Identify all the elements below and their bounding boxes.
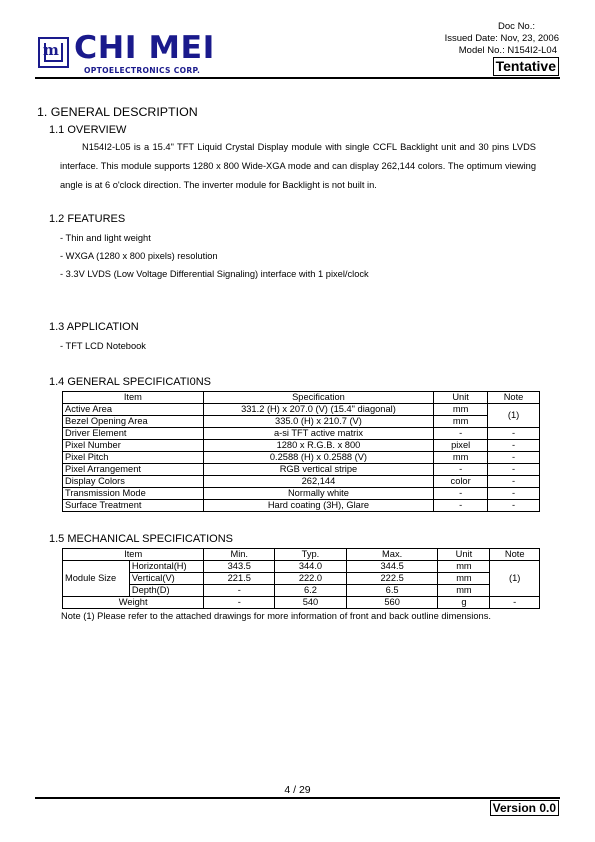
max-cell: 560 (346, 597, 438, 609)
typ-cell: 540 (275, 597, 347, 609)
note-cell: - (488, 488, 540, 500)
item-cell: Pixel Pitch (63, 452, 204, 464)
table-row: Bezel Opening Area 335.0 (H) x 210.7 (V)… (63, 416, 540, 428)
note-cell: - (488, 428, 540, 440)
spec-cell: Hard coating (3H), Glare (203, 500, 433, 512)
general-specs-title: 1.4 GENERAL SPECIFICATI0NS (49, 376, 211, 388)
column-header: Note (488, 392, 540, 404)
feature-item: - WXGA (1280 x 800 pixels) resolution (60, 251, 218, 261)
note-cell: - (488, 476, 540, 488)
column-header: Note (490, 549, 540, 561)
column-header: Min. (204, 549, 275, 561)
application-item: - TFT LCD Notebook (60, 341, 146, 351)
column-header: Item (63, 392, 204, 404)
note-cell: - (488, 452, 540, 464)
table-row: Pixel Number 1280 x R.G.B. x 800 pixel - (63, 440, 540, 452)
header-divider (35, 77, 560, 79)
item-cell: Transmission Mode (63, 488, 204, 500)
overview-title: 1.1 OVERVIEW (49, 124, 126, 136)
item-cell: Pixel Number (63, 440, 204, 452)
note-cell: (1) (490, 561, 540, 597)
column-header: Unit (438, 549, 490, 561)
unit-cell: mm (438, 585, 490, 597)
unit-cell: - (434, 488, 488, 500)
footnote: Note (1) Please refer to the attached dr… (61, 611, 491, 621)
table-row: Transmission Mode Normally white - - (63, 488, 540, 500)
sub-item-cell: Depth(D) (129, 585, 204, 597)
item-cell: Surface Treatment (63, 500, 204, 512)
general-specs-table: Item Specification Unit Note Active Area… (62, 391, 540, 512)
unit-cell: color (434, 476, 488, 488)
spec-cell: Normally white (203, 488, 433, 500)
unit-cell: - (434, 500, 488, 512)
typ-cell: 222.0 (275, 573, 347, 585)
min-cell: - (204, 597, 275, 609)
spec-cell: 262,144 (203, 476, 433, 488)
note-cell: - (490, 597, 540, 609)
table-row: Display Colors 262,144 color - (63, 476, 540, 488)
max-cell: 344.5 (346, 561, 438, 573)
group-label-cell: Module Size (63, 561, 130, 597)
table-row: Pixel Arrangement RGB vertical stripe - … (63, 464, 540, 476)
column-header: Typ. (275, 549, 347, 561)
unit-cell: mm (434, 416, 488, 428)
issued-date: Issued Date: Nov, 23, 2006 (445, 33, 559, 45)
note-cell: (1) (488, 404, 540, 428)
doc-number: Doc No.: (498, 21, 535, 33)
table-row: Surface Treatment Hard coating (3H), Gla… (63, 500, 540, 512)
overview-paragraph: N154I2-L05 is a 15.4" TFT Liquid Crystal… (60, 138, 536, 196)
application-title: 1.3 APPLICATION (49, 321, 139, 333)
min-cell: - (204, 585, 275, 597)
feature-item: - 3.3V LVDS (Low Voltage Differential Si… (60, 269, 369, 279)
item-cell: Bezel Opening Area (63, 416, 204, 428)
unit-cell: - (434, 464, 488, 476)
item-cell: Active Area (63, 404, 204, 416)
note-cell: - (488, 440, 540, 452)
logo-icon: m (38, 37, 69, 68)
typ-cell: 6.2 (275, 585, 347, 597)
unit-cell: mm (438, 573, 490, 585)
weight-label-cell: Weight (63, 597, 204, 609)
table-row: Depth(D) - 6.2 6.5 mm (63, 585, 540, 597)
footer-divider (35, 797, 560, 799)
column-header: Item (63, 549, 204, 561)
spec-cell: RGB vertical stripe (203, 464, 433, 476)
status-badge: Tentative (493, 57, 559, 76)
feature-item: - Thin and light weight (60, 233, 151, 243)
table-header-row: Item Specification Unit Note (63, 392, 540, 404)
unit-cell: pixel (434, 440, 488, 452)
version-badge: Version 0.0 (490, 800, 559, 816)
item-cell: Display Colors (63, 476, 204, 488)
table-row: Weight - 540 560 g - (63, 597, 540, 609)
column-header: Unit (434, 392, 488, 404)
unit-cell: mm (434, 404, 488, 416)
table-row: Pixel Pitch 0.2588 (H) x 0.2588 (V) mm - (63, 452, 540, 464)
column-header: Max. (346, 549, 438, 561)
spec-cell: a-si TFT active matrix (203, 428, 433, 440)
spec-cell: 0.2588 (H) x 0.2588 (V) (203, 452, 433, 464)
page-number: 4 / 29 (0, 784, 595, 796)
table-row: Vertical(V) 221.5 222.0 222.5 mm (63, 573, 540, 585)
max-cell: 222.5 (346, 573, 438, 585)
section-title: 1. GENERAL DESCRIPTION (37, 105, 198, 119)
min-cell: 343.5 (204, 561, 275, 573)
mechanical-specs-table: Item Min. Typ. Max. Unit Note Module Siz… (62, 548, 540, 609)
spec-cell: 331.2 (H) x 207.0 (V) (15.4" diagonal) (203, 404, 433, 416)
unit-cell: g (438, 597, 490, 609)
table-row: Driver Element a-si TFT active matrix - … (63, 428, 540, 440)
spec-cell: 335.0 (H) x 210.7 (V) (203, 416, 433, 428)
min-cell: 221.5 (204, 573, 275, 585)
table-header-row: Item Min. Typ. Max. Unit Note (63, 549, 540, 561)
unit-cell: mm (438, 561, 490, 573)
logo-text: CHI MEI (74, 32, 215, 64)
item-cell: Driver Element (63, 428, 204, 440)
logo-subtext: OPTOELECTRONICS CORP. (84, 66, 200, 75)
table-row: Active Area 331.2 (H) x 207.0 (V) (15.4"… (63, 404, 540, 416)
mechanical-specs-title: 1.5 MECHANICAL SPECIFICATIONS (49, 533, 233, 545)
note-cell: - (488, 464, 540, 476)
note-cell: - (488, 500, 540, 512)
table-row: Module Size Horizontal(H) 343.5 344.0 34… (63, 561, 540, 573)
column-header: Specification (203, 392, 433, 404)
features-title: 1.2 FEATURES (49, 213, 125, 225)
typ-cell: 344.0 (275, 561, 347, 573)
sub-item-cell: Horizontal(H) (129, 561, 204, 573)
sub-item-cell: Vertical(V) (129, 573, 204, 585)
unit-cell: mm (434, 452, 488, 464)
item-cell: Pixel Arrangement (63, 464, 204, 476)
max-cell: 6.5 (346, 585, 438, 597)
model-number: Model No.: N154I2-L04 (459, 45, 557, 57)
unit-cell: - (434, 428, 488, 440)
spec-cell: 1280 x R.G.B. x 800 (203, 440, 433, 452)
